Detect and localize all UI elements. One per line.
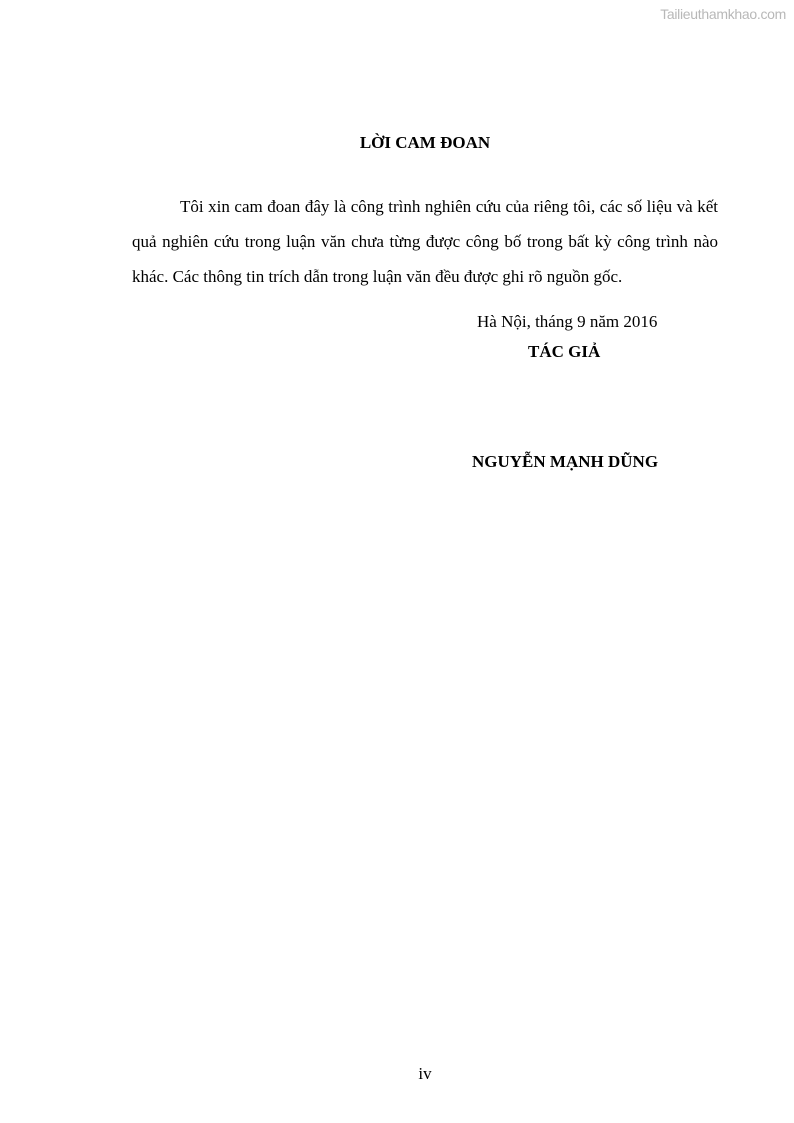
place-date: Hà Nội, tháng 9 năm 2016 [477, 312, 657, 332]
page-title: LỜI CAM ĐOAN [0, 133, 794, 153]
declaration-paragraph: Tôi xin cam đoan đây là công trình nghiê… [132, 189, 718, 294]
page-number: iv [0, 1064, 794, 1084]
author-label: TÁC GIẢ [528, 342, 600, 362]
author-name: NGUYỄN MẠNH DŨNG [472, 452, 658, 472]
watermark: Tailieuthamkhao.com [660, 6, 786, 22]
